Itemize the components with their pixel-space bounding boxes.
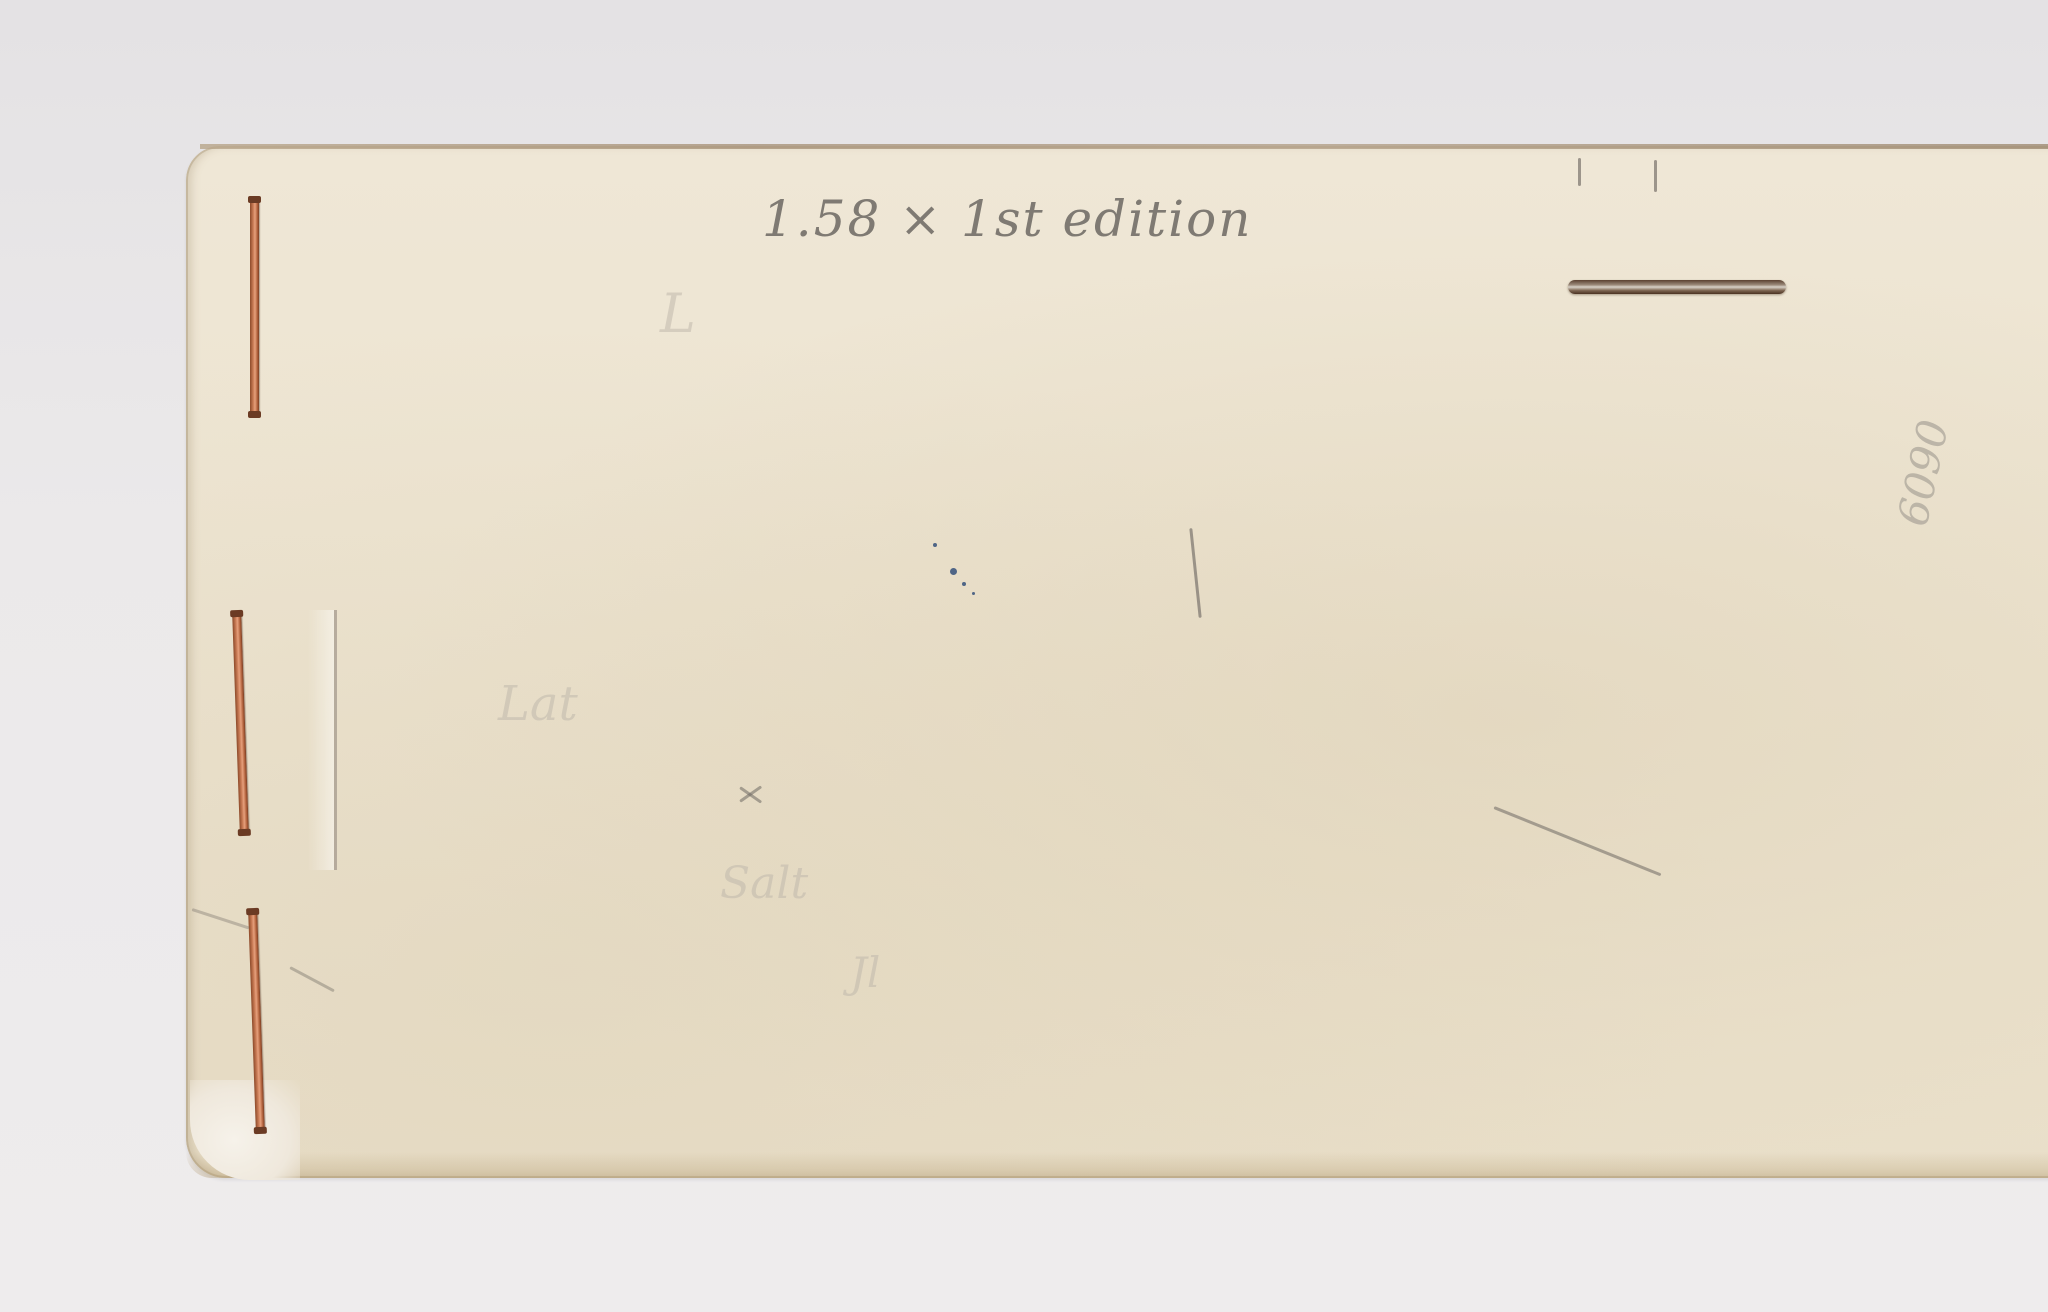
booklet-top-edge [200, 144, 2048, 149]
pencil-tick [1654, 160, 1657, 192]
pencil-note-main: 1.58 × 1st edition [762, 190, 1252, 248]
faint-mark: L [660, 282, 696, 345]
pencil-tick [1578, 158, 1581, 186]
faint-mark: Lat [498, 676, 578, 732]
paper-tear [308, 610, 337, 870]
faint-mark: Jl [850, 948, 880, 997]
ink-spot [962, 582, 966, 586]
ink-spot [950, 568, 957, 575]
booklet-page [186, 146, 2048, 1178]
staple-top-right [1568, 280, 1786, 294]
staple-top-left [250, 198, 259, 416]
faint-mark: Salt [720, 858, 808, 909]
ink-spot [933, 543, 937, 547]
ink-spot [972, 592, 975, 595]
